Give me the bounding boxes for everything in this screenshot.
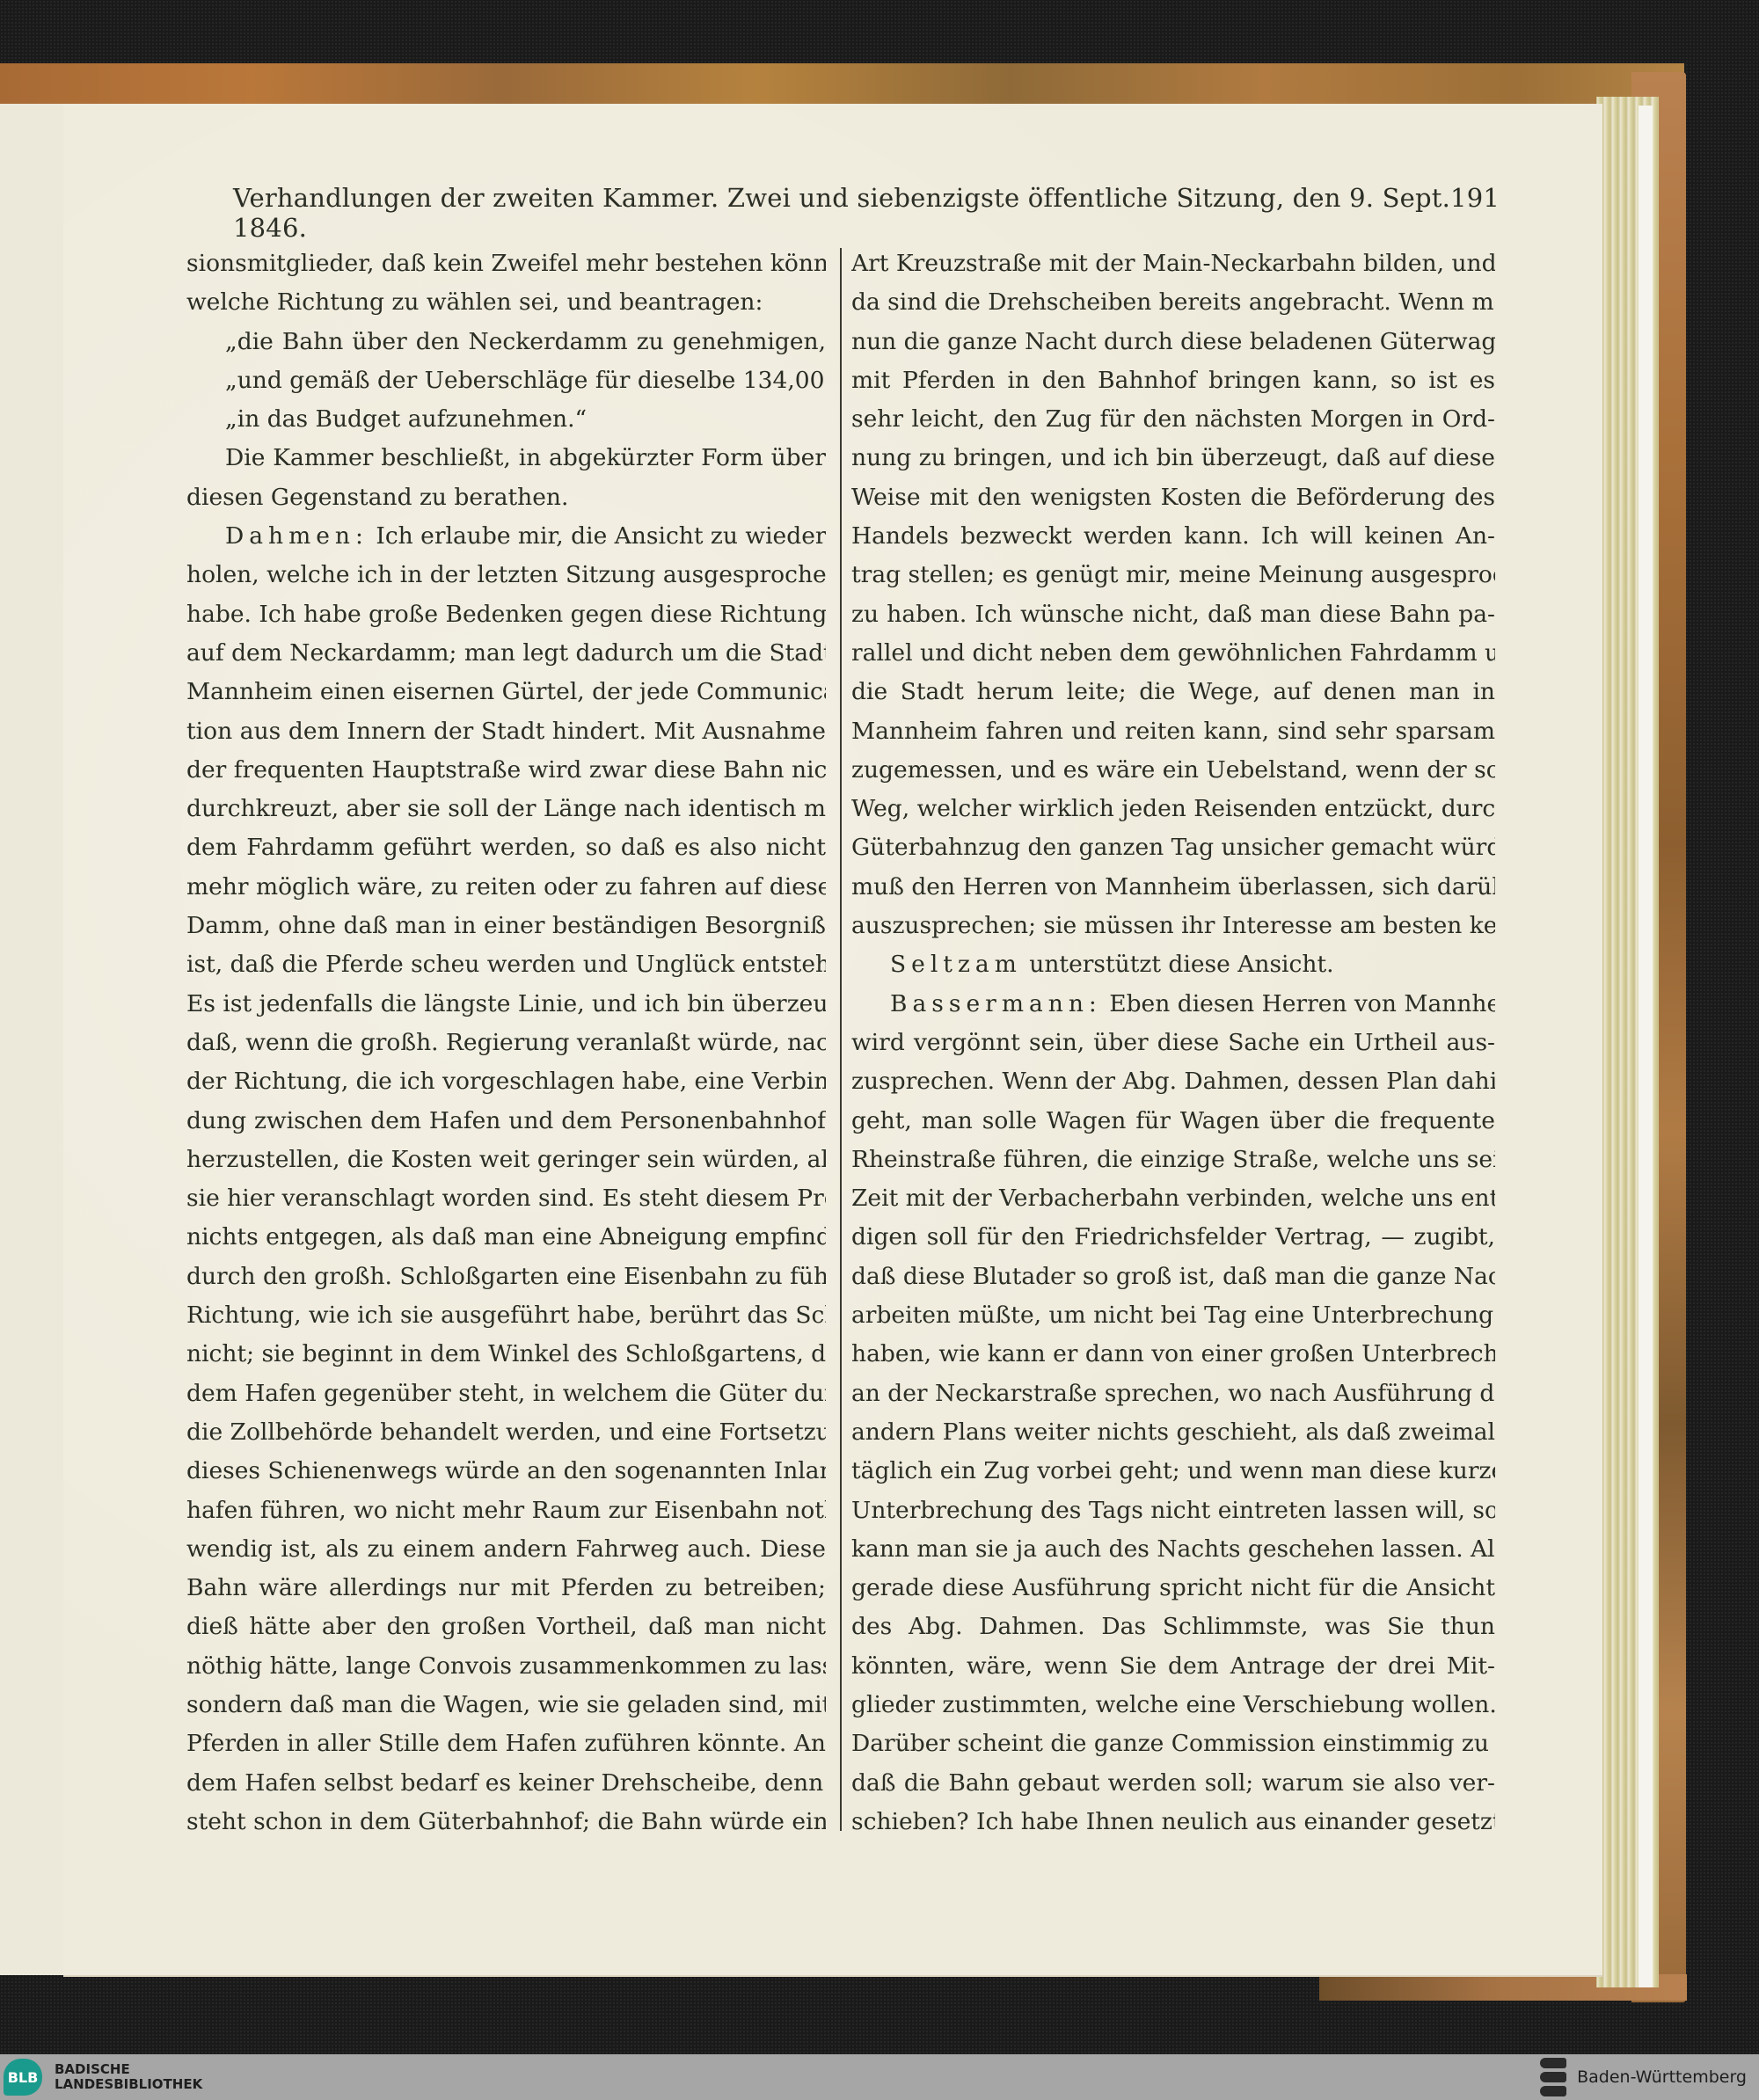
text-line: Rheinstraße führen, die einzige Straße, … xyxy=(851,1141,1495,1179)
text-line: die Zollbehörde behandelt werden, und ei… xyxy=(186,1413,826,1452)
text-line: dieß hätte aber den großen Vortheil, daß… xyxy=(186,1608,826,1646)
line-text: mehr möglich wäre, zu reiten oder zu fah… xyxy=(186,873,826,901)
line-text: täglich ein Zug vorbei geht; und wenn ma… xyxy=(851,1457,1495,1484)
text-line: dem Hafen selbst bedarf es keiner Drehsc… xyxy=(186,1764,826,1803)
line-text: hafen führen, wo nicht mehr Raum zur Eis… xyxy=(186,1497,826,1524)
line-text: daß, wenn die großh. Regierung veranlaßt… xyxy=(186,1029,826,1056)
text-line: arbeiten müßte, um nicht bei Tag eine Un… xyxy=(851,1296,1495,1335)
text-line: ist, daß die Pferde scheu werden und Ung… xyxy=(186,945,826,984)
book-cover-top-edge xyxy=(0,63,1684,107)
text-line: nöthig hätte, lange Convois zusammenkomm… xyxy=(186,1647,826,1686)
text-line: an der Neckarstraße sprechen, wo nach Au… xyxy=(851,1374,1495,1413)
text-line: wird vergönnt sein, über diese Sache ein… xyxy=(851,1024,1495,1062)
text-line: dem Fahrdamm geführt werden, so daß es a… xyxy=(186,828,826,867)
line-text: dieß hätte aber den großen Vortheil, daß… xyxy=(186,1613,826,1640)
text-line: digen soll für den Friedrichsfelder Vert… xyxy=(851,1218,1495,1257)
line-text: sie hier veranschlagt worden sind. Es st… xyxy=(186,1185,826,1212)
library-name-line1: BADISCHE xyxy=(55,2062,202,2077)
line-text: Pferden in aller Stille dem Hafen zuführ… xyxy=(186,1730,826,1757)
line-text: durchkreuzt, aber sie soll der Länge nac… xyxy=(186,795,826,822)
text-line: durch den großh. Schloßgarten eine Eisen… xyxy=(186,1258,826,1296)
text-line: Handels bezweckt werden kann. Ich will k… xyxy=(851,517,1495,556)
text-line: holen, welche ich in der letzten Sitzung… xyxy=(186,556,826,594)
text-line: Weg, welcher wirklich jeden Reisenden en… xyxy=(851,790,1495,828)
text-line: habe. Ich habe große Bedenken gegen dies… xyxy=(186,595,826,634)
line-text: dem Hafen gegenüber steht, in welchem di… xyxy=(186,1380,826,1407)
line-text: des Abg. Dahmen. Das Schlimmste, was Sie… xyxy=(851,1613,1495,1640)
line-text: muß den Herren von Mannheim überlassen, … xyxy=(851,873,1495,901)
text-line: haben, wie kann er dann von einer großen… xyxy=(851,1335,1495,1374)
text-line: Zeit mit der Verbacherbahn verbinden, we… xyxy=(851,1179,1495,1218)
line-text: die Zollbehörde behandelt werden, und ei… xyxy=(186,1418,826,1446)
text-line: daß diese Blutader so groß ist, daß man … xyxy=(851,1258,1495,1296)
text-line: hafen führen, wo nicht mehr Raum zur Eis… xyxy=(186,1491,826,1530)
text-line: daß, wenn die großh. Regierung veranlaßt… xyxy=(186,1024,826,1062)
text-line: auszusprechen; sie müssen ihr Interesse … xyxy=(851,907,1495,945)
library-name: BADISCHE LANDESBIBLIOTHEK xyxy=(55,2062,202,2092)
text-line: der frequenten Hauptstraße wird zwar die… xyxy=(186,751,826,790)
line-text: Rheinstraße führen, die einzige Straße, … xyxy=(851,1146,1495,1173)
line-text: sionsmitglieder, daß kein Zweifel mehr b… xyxy=(186,250,826,277)
line-text: daß die Bahn gebaut werden soll; warum s… xyxy=(851,1769,1495,1797)
line-text: welche Richtung zu wählen sei, und beant… xyxy=(186,288,763,316)
text-column-right: Art Kreuzstraße mit der Main-Neckarbahn … xyxy=(851,244,1495,1841)
text-line: die Stadt herum leite; die Wege, auf den… xyxy=(851,673,1495,711)
line-text: ist, daß die Pferde scheu werden und Ung… xyxy=(186,951,826,978)
state-name: Baden-Württemberg xyxy=(1577,2067,1747,2087)
text-line: Mannheim fahren und reiten kann, sind se… xyxy=(851,712,1495,751)
line-text: digen soll für den Friedrichsfelder Vert… xyxy=(851,1223,1495,1251)
text-line: trag stellen; es genügt mir, meine Meinu… xyxy=(851,556,1495,594)
line-text: durch den großh. Schloßgarten eine Eisen… xyxy=(186,1263,826,1290)
line-text: daß diese Blutader so groß ist, daß man … xyxy=(851,1263,1495,1290)
text-line: Dahmen: Ich erlaube mir, die Ansicht zu … xyxy=(186,517,826,556)
library-branding[interactable]: BLB BADISCHE LANDESBIBLIOTHEK xyxy=(4,2059,202,2096)
line-text: nicht; sie beginnt in dem Winkel des Sch… xyxy=(186,1340,826,1367)
line-text: Mannheim fahren und reiten kann, sind se… xyxy=(851,718,1495,745)
line-text: tion aus dem Innern der Stadt hindert. M… xyxy=(186,718,826,745)
line-text: sondern daß man die Wagen, wie sie gelad… xyxy=(186,1691,826,1718)
line-text: mit Pferden in den Bahnhof bringen kann,… xyxy=(851,367,1495,394)
line-text: nöthig hätte, lange Convois zusammenkomm… xyxy=(186,1652,826,1680)
text-line: durchkreuzt, aber sie soll der Länge nac… xyxy=(186,790,826,828)
text-line: zu haben. Ich wünsche nicht, daß man die… xyxy=(851,595,1495,634)
text-line: „die Bahn über den Neckerdamm zu genehmi… xyxy=(186,323,826,361)
line-text: zusprechen. Wenn der Abg. Dahmen, dessen… xyxy=(851,1068,1495,1095)
line-text: Unterbrechung des Tags nicht eintreten l… xyxy=(851,1497,1495,1524)
line-text: holen, welche ich in der letzten Sitzung… xyxy=(186,561,826,588)
line-text: Weg, welcher wirklich jeden Reisenden en… xyxy=(851,795,1495,822)
text-line: steht schon in dem Güterbahnhof; die Bah… xyxy=(186,1803,826,1841)
line-text: nichts entgegen, als daß man eine Abneig… xyxy=(186,1223,826,1251)
line-text: andern Plans weiter nichts geschieht, al… xyxy=(851,1418,1495,1446)
speaker-name: Dahmen: xyxy=(225,522,369,550)
line-text: kann man sie ja auch des Nachts geschehe… xyxy=(851,1535,1495,1563)
text-line: herzustellen, die Kosten weit geringer s… xyxy=(186,1141,826,1179)
text-line: gerade diese Ausführung spricht nicht fü… xyxy=(851,1569,1495,1608)
line-text: Weise mit den wenigsten Kosten die Beför… xyxy=(851,484,1495,511)
page-number: 191 xyxy=(1450,183,1500,213)
line-text: glieder zustimmten, welche eine Verschie… xyxy=(851,1691,1495,1718)
line-text: der frequenten Hauptstraße wird zwar die… xyxy=(186,756,826,784)
text-line: nun die ganze Nacht durch diese beladene… xyxy=(851,323,1495,361)
text-line: Seltzam unterstützt diese Ansicht. xyxy=(851,945,1495,984)
speaker-name: Bassermann: xyxy=(890,990,1102,1017)
text-line: geht, man solle Wagen für Wagen über die… xyxy=(851,1102,1495,1141)
text-line: täglich ein Zug vorbei geht; und wenn ma… xyxy=(851,1452,1495,1491)
text-line: könnten, wäre, wenn Sie dem Antrage der … xyxy=(851,1647,1495,1686)
text-line: „in das Budget aufzunehmen.“ xyxy=(186,400,826,439)
text-line: sondern daß man die Wagen, wie sie gelad… xyxy=(186,1686,826,1724)
running-head: Verhandlungen der zweiten Kammer. Zwei u… xyxy=(233,183,1500,243)
text-line: nicht; sie beginnt in dem Winkel des Sch… xyxy=(186,1335,826,1374)
line-text: Zeit mit der Verbacherbahn verbinden, we… xyxy=(851,1185,1495,1212)
running-head-title: Verhandlungen der zweiten Kammer. Zwei u… xyxy=(233,183,1450,243)
line-text: nun die ganze Nacht durch diese beladene… xyxy=(851,328,1495,355)
text-line: Es ist jedenfalls die längste Linie, und… xyxy=(186,985,826,1024)
text-line: daß die Bahn gebaut werden soll; warum s… xyxy=(851,1764,1495,1803)
coat-of-arms-three-lions-icon xyxy=(1540,2058,1566,2096)
text-line: mit Pferden in den Bahnhof bringen kann,… xyxy=(851,361,1495,400)
line-text: Mannheim einen eisernen Gürtel, der jede… xyxy=(186,678,826,705)
line-text: auf dem Neckardamm; man legt dadurch um … xyxy=(186,639,826,667)
text-line: dem Hafen gegenüber steht, in welchem di… xyxy=(186,1374,826,1413)
line-text: wird vergönnt sein, über diese Sache ein… xyxy=(851,1029,1495,1056)
text-line: Mannheim einen eisernen Gürtel, der jede… xyxy=(186,673,826,711)
line-text: Damm, ohne daß man in einer beständigen … xyxy=(186,912,826,939)
text-line: Güterbahnzug den ganzen Tag unsicher gem… xyxy=(851,828,1495,867)
line-text: dieses Schienenwegs würde an den sogenan… xyxy=(186,1457,826,1484)
text-line: der Richtung, die ich vorgeschlagen habe… xyxy=(186,1062,826,1101)
text-line: nichts entgegen, als daß man eine Abneig… xyxy=(186,1218,826,1257)
text-line: Richtung, wie ich sie ausgeführt habe, b… xyxy=(186,1296,826,1335)
line-text: gerade diese Ausführung spricht nicht fü… xyxy=(851,1574,1495,1601)
blb-logo-icon: BLB xyxy=(4,2059,42,2096)
line-text: Güterbahnzug den ganzen Tag unsicher gem… xyxy=(851,834,1495,861)
text-line: Damm, ohne daß man in einer beständigen … xyxy=(186,907,826,945)
text-line: wendig ist, als zu einem andern Fahrweg … xyxy=(186,1530,826,1569)
line-text: an der Neckarstraße sprechen, wo nach Au… xyxy=(851,1380,1495,1407)
line-text: rallel und dicht neben dem gewöhnlichen … xyxy=(851,639,1495,667)
line-text: Eben diesen Herren von Mannheim xyxy=(1109,990,1495,1017)
line-text: Bahn wäre allerdings nur mit Pferden zu … xyxy=(186,1574,826,1601)
text-line: Unterbrechung des Tags nicht eintreten l… xyxy=(851,1491,1495,1530)
text-line: Darüber scheint die ganze Commission ein… xyxy=(851,1724,1495,1763)
line-text: „und gemäß der Ueberschläge für dieselbe… xyxy=(225,367,826,394)
text-line: kann man sie ja auch des Nachts geschehe… xyxy=(851,1530,1495,1569)
text-line: Pferden in aller Stille dem Hafen zuführ… xyxy=(186,1724,826,1763)
line-text: habe. Ich habe große Bedenken gegen dies… xyxy=(186,601,826,628)
text-line: dung zwischen dem Hafen und dem Personen… xyxy=(186,1102,826,1141)
line-text: Richtung, wie ich sie ausgeführt habe, b… xyxy=(186,1302,826,1329)
text-line: zusprechen. Wenn der Abg. Dahmen, dessen… xyxy=(851,1062,1495,1101)
library-name-line2: LANDESBIBLIOTHEK xyxy=(55,2077,202,2092)
text-line: mehr möglich wäre, zu reiten oder zu fah… xyxy=(186,868,826,907)
text-line: rallel und dicht neben dem gewöhnlichen … xyxy=(851,634,1495,673)
line-text: nung zu bringen, und ich bin überzeugt, … xyxy=(851,444,1495,471)
line-text: „in das Budget aufzunehmen.“ xyxy=(225,405,587,433)
text-line: schieben? Ich habe Ihnen neulich aus ein… xyxy=(851,1803,1495,1841)
text-line: sie hier veranschlagt worden sind. Es st… xyxy=(186,1179,826,1218)
text-line: diesen Gegenstand zu berathen. xyxy=(186,478,826,517)
line-text: Handels bezweckt werden kann. Ich will k… xyxy=(851,522,1495,550)
text-line: dieses Schienenwegs würde an den sogenan… xyxy=(186,1452,826,1491)
text-line: da sind die Drehscheiben bereits angebra… xyxy=(851,283,1495,322)
line-text: dem Hafen selbst bedarf es keiner Drehsc… xyxy=(186,1769,826,1797)
line-text: auszusprechen; sie müssen ihr Interesse … xyxy=(851,912,1495,939)
text-line: Die Kammer beschließt, in abgekürzter Fo… xyxy=(186,439,826,478)
line-text: geht, man solle Wagen für Wagen über die… xyxy=(851,1107,1495,1134)
line-text: zu haben. Ich wünsche nicht, daß man die… xyxy=(851,601,1495,628)
text-line: sehr leicht, den Zug für den nächsten Mo… xyxy=(851,400,1495,439)
line-text: zugemessen, und es wäre ein Uebelstand, … xyxy=(851,756,1495,784)
line-text: dem Fahrdamm geführt werden, so daß es a… xyxy=(186,834,826,861)
line-text: haben, wie kann er dann von einer großen… xyxy=(851,1340,1495,1367)
line-text: herzustellen, die Kosten weit geringer s… xyxy=(186,1146,826,1173)
facing-page-edge xyxy=(0,104,65,1975)
text-line: andern Plans weiter nichts geschieht, al… xyxy=(851,1413,1495,1452)
line-text: sehr leicht, den Zug für den nächsten Mo… xyxy=(851,405,1495,433)
text-line: muß den Herren von Mannheim überlassen, … xyxy=(851,868,1495,907)
text-line: „und gemäß der Ueberschläge für dieselbe… xyxy=(186,361,826,400)
line-text: trag stellen; es genügt mir, meine Meinu… xyxy=(851,561,1495,588)
text-column-left: sionsmitglieder, daß kein Zweifel mehr b… xyxy=(186,244,826,1841)
footer-bar: BLB BADISCHE LANDESBIBLIOTHEK Baden-Würt… xyxy=(0,2054,1759,2100)
text-line: des Abg. Dahmen. Das Schlimmste, was Sie… xyxy=(851,1608,1495,1646)
line-text: Darüber scheint die ganze Commission ein… xyxy=(851,1730,1495,1757)
text-line: glieder zustimmten, welche eine Verschie… xyxy=(851,1686,1495,1724)
line-text: diesen Gegenstand zu berathen. xyxy=(186,484,568,511)
state-branding[interactable]: Baden-Württemberg xyxy=(1540,2058,1747,2096)
line-text: arbeiten müßte, um nicht bei Tag eine Un… xyxy=(851,1302,1495,1329)
text-line: Bahn wäre allerdings nur mit Pferden zu … xyxy=(186,1569,826,1608)
text-line: Bassermann: Eben diesen Herren von Mannh… xyxy=(851,985,1495,1024)
text-line: Art Kreuzstraße mit der Main-Neckarbahn … xyxy=(851,244,1495,283)
text-line: zugemessen, und es wäre ein Uebelstand, … xyxy=(851,751,1495,790)
line-text: Es ist jedenfalls die längste Linie, und… xyxy=(186,990,826,1017)
text-line: nung zu bringen, und ich bin überzeugt, … xyxy=(851,439,1495,478)
text-line: tion aus dem Innern der Stadt hindert. M… xyxy=(186,712,826,751)
line-text: der Richtung, die ich vorgeschlagen habe… xyxy=(186,1068,826,1095)
line-text: schieben? Ich habe Ihnen neulich aus ein… xyxy=(851,1808,1495,1835)
line-text: Die Kammer beschließt, in abgekürzter Fo… xyxy=(225,444,826,471)
line-text: unterstützt diese Ansicht. xyxy=(1029,951,1333,978)
line-text: Art Kreuzstraße mit der Main-Neckarbahn … xyxy=(851,250,1495,277)
text-line: Weise mit den wenigsten Kosten die Beför… xyxy=(851,478,1495,517)
speaker-name: Seltzam xyxy=(890,951,1022,978)
line-text: da sind die Drehscheiben bereits angebra… xyxy=(851,288,1495,316)
page-stack-flyleaf xyxy=(1639,106,1653,1987)
line-text: dung zwischen dem Hafen und dem Personen… xyxy=(186,1107,826,1134)
line-text: „die Bahn über den Neckerdamm zu genehmi… xyxy=(225,328,826,355)
line-text: steht schon in dem Güterbahnhof; die Bah… xyxy=(186,1808,826,1835)
line-text: die Stadt herum leite; die Wege, auf den… xyxy=(851,678,1495,705)
text-line: welche Richtung zu wählen sei, und beant… xyxy=(186,283,826,322)
text-line: sionsmitglieder, daß kein Zweifel mehr b… xyxy=(186,244,826,283)
line-text: könnten, wäre, wenn Sie dem Antrage der … xyxy=(851,1652,1495,1680)
line-text: Ich erlaube mir, die Ansicht zu wieder- xyxy=(376,522,826,550)
column-divider xyxy=(840,248,842,1831)
text-line: auf dem Neckardamm; man legt dadurch um … xyxy=(186,634,826,673)
line-text: wendig ist, als zu einem andern Fahrweg … xyxy=(186,1535,826,1563)
